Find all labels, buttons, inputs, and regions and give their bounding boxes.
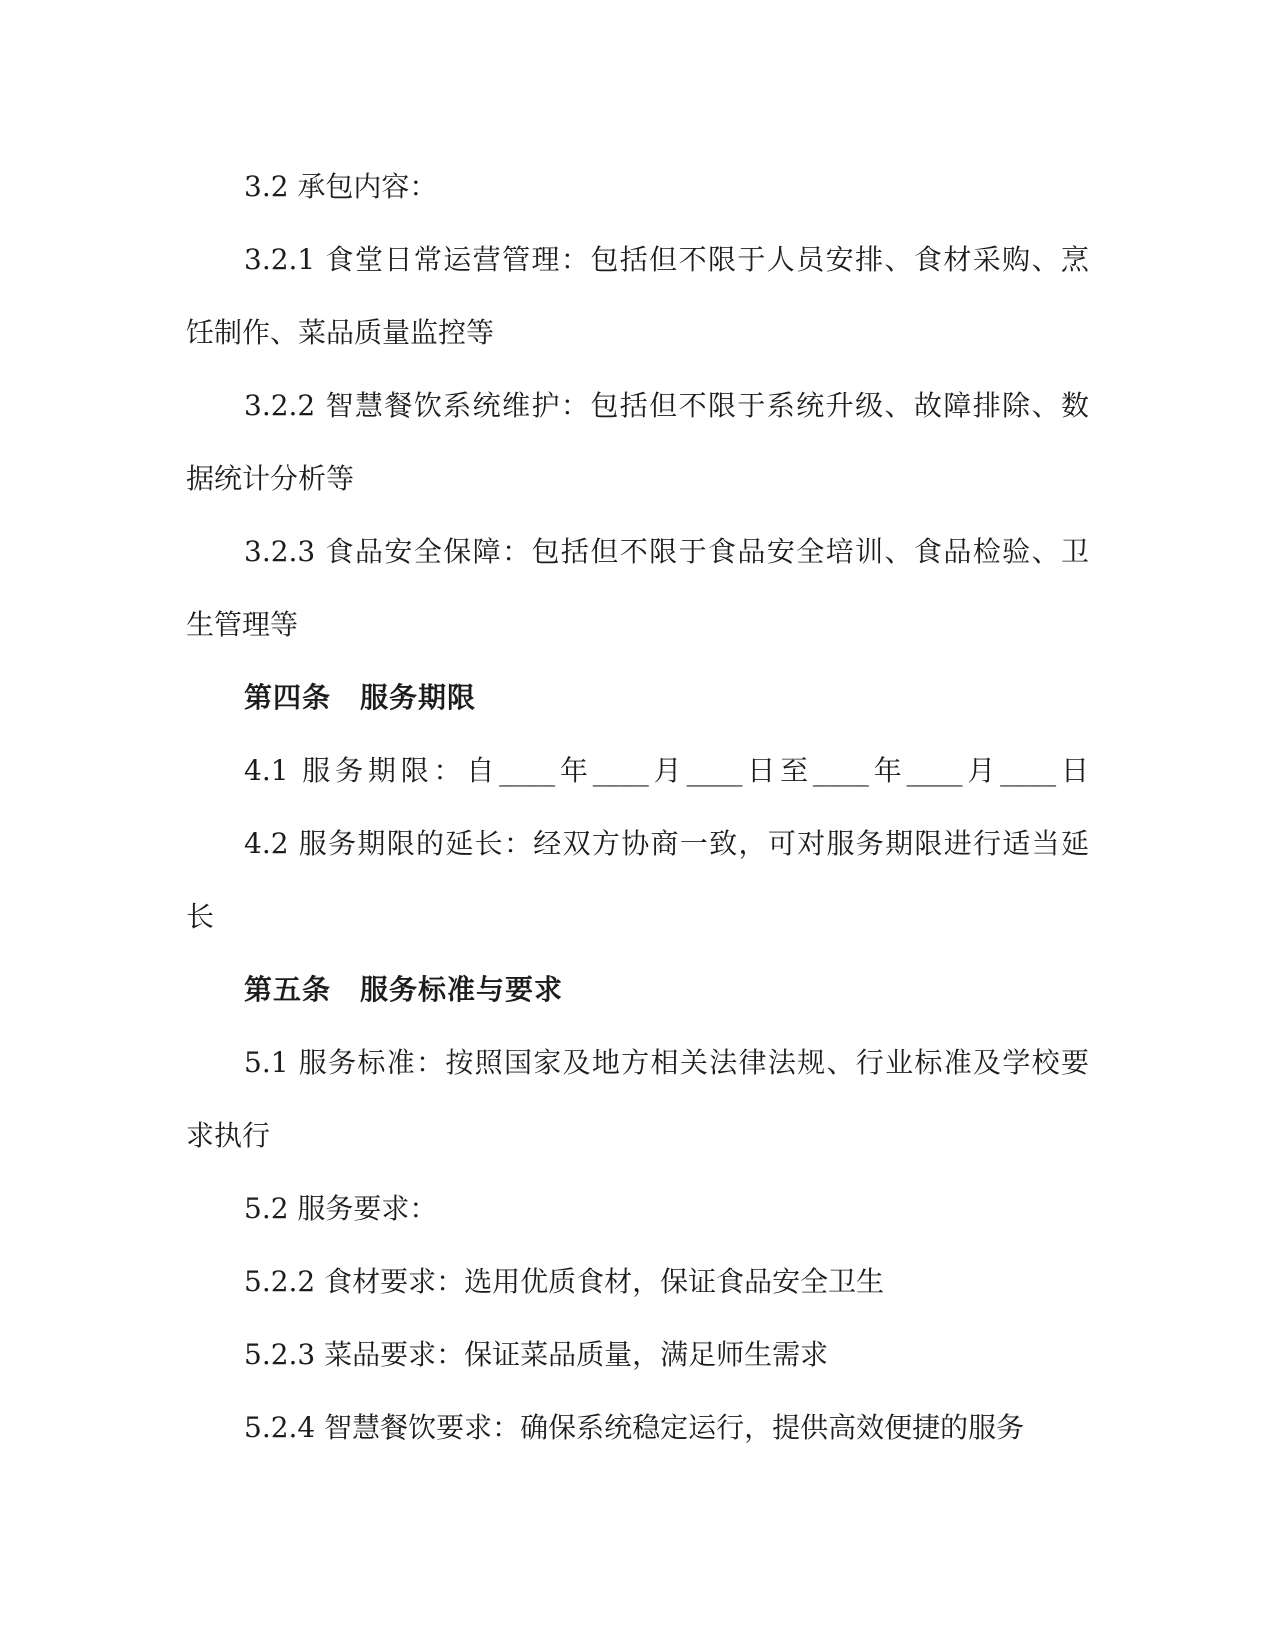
- clause-3-2-2: 3.2.2 智慧餐饮系统维护：包括但不限于系统升级、故障排除、数: [186, 369, 1089, 442]
- clause-5-2-2: 5.2.2 食材要求：选用优质食材，保证食品安全卫生: [186, 1245, 1089, 1318]
- clause-3-2-3: 3.2.3 食品安全保障：包括但不限于食品安全培训、食品检验、卫: [186, 515, 1089, 588]
- document-page: 3.2 承包内容： 3.2.1 食堂日常运营管理：包括但不限于人员安排、食材采购…: [0, 0, 1275, 1650]
- clause-3-2-3-cont: 生管理等: [186, 588, 1089, 661]
- clause-5-2-4: 5.2.4 智慧餐饮要求：确保系统稳定运行，提供高效便捷的服务: [186, 1391, 1089, 1464]
- clause-5-2-3: 5.2.3 菜品要求：保证菜品质量，满足师生需求: [186, 1318, 1089, 1391]
- clause-5-1: 5.1 服务标准：按照国家及地方相关法律法规、行业标准及学校要: [186, 1026, 1089, 1099]
- heading-article-4: 第四条 服务期限: [186, 661, 1089, 734]
- contract-text-block: 3.2 承包内容： 3.2.1 食堂日常运营管理：包括但不限于人员安排、食材采购…: [186, 150, 1089, 1464]
- clause-4-1-date-blanks: 4.1 服务期限：自____年____月____日至____年____月____…: [186, 734, 1089, 807]
- clause-4-2-cont: 长: [186, 880, 1089, 953]
- clause-3-2-2-cont: 据统计分析等: [186, 442, 1089, 515]
- clause-4-2: 4.2 服务期限的延长：经双方协商一致，可对服务期限进行适当延: [186, 807, 1089, 880]
- clause-3-2-1: 3.2.1 食堂日常运营管理：包括但不限于人员安排、食材采购、烹: [186, 223, 1089, 296]
- clause-5-2: 5.2 服务要求：: [186, 1172, 1089, 1245]
- heading-article-5: 第五条 服务标准与要求: [186, 953, 1089, 1026]
- clause-5-1-cont: 求执行: [186, 1099, 1089, 1172]
- clause-3-2: 3.2 承包内容：: [186, 150, 1089, 223]
- clause-3-2-1-cont: 饪制作、菜品质量监控等: [186, 296, 1089, 369]
